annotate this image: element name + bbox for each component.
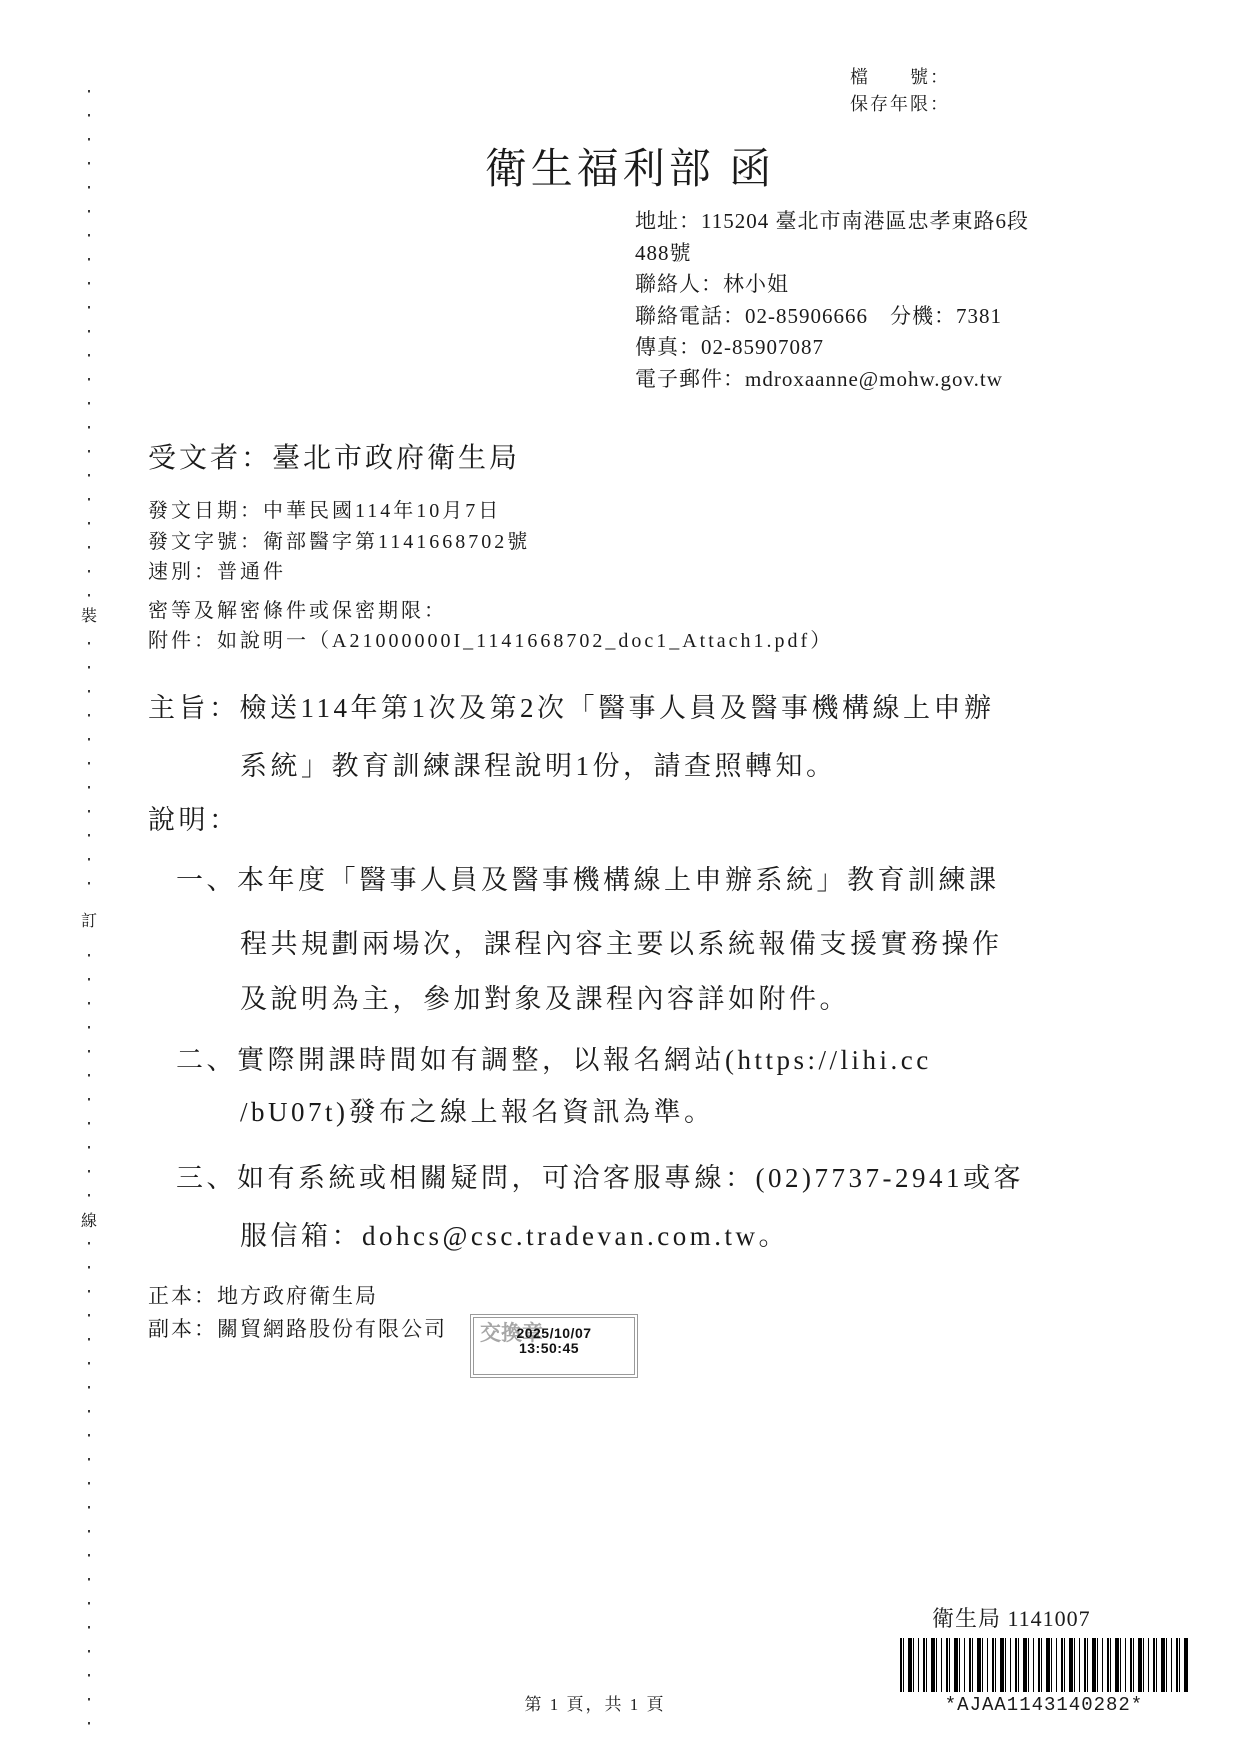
explanation-item2-line2: /bU07t)發布之線上報名資訊為準。	[240, 1090, 715, 1129]
archive-labels: 檔 號： 保存年限：	[850, 64, 950, 118]
sender-fax: 傳真：02-85907087	[635, 332, 1029, 364]
sender-phone: 聯絡電話：02-85906666 分機：7381	[635, 301, 1029, 333]
explanation-item1-line2: 程共規劃兩場次，課程內容主要以系統報備支援實務操作	[240, 922, 1003, 961]
stamp-date: 2025/10/07	[474, 1325, 634, 1341]
binding-mark-ding: 訂	[80, 903, 98, 936]
official-letter-page: { "header": { "file_no_label": "檔 號：", "…	[0, 0, 1241, 1754]
electronic-exchange-stamp: 交換章 2025/10/07 13:50:45	[470, 1314, 638, 1378]
agency-code: 衛生局 1141007	[932, 1602, 1091, 1633]
barcode	[900, 1638, 1188, 1692]
explanation-item3-line2: 服信箱：dohcs@csc.tradevan.com.tw。	[240, 1214, 789, 1253]
document-title: 衛生福利部 函	[350, 136, 910, 196]
file-number-label: 檔 號：	[850, 64, 950, 91]
subject-line1: 主旨：檢送114年第1次及第2次「醫事人員及醫事機構線上申辦	[148, 686, 995, 725]
dispatch-meta-block: 發文日期：中華民國114年10月7日 發文字號：衛部醫字第1141668702號…	[148, 496, 833, 657]
original-copy-line: 正本：地方政府衛生局	[148, 1280, 447, 1313]
explanation-item1-line3: 及說明為主，參加對象及課程內容詳如附件。	[240, 977, 850, 1016]
speed-class: 速別：普通件	[148, 557, 833, 588]
subject-line2: 系統」教育訓練課程說明1份，請查照轉知。	[240, 744, 837, 783]
sender-address-line1: 地址：115204 臺北市南港區忠孝東路6段	[635, 206, 1029, 238]
binding-mark-zhuang: 裝	[80, 598, 98, 631]
cc-copy-line: 副本：關貿網路股份有限公司	[148, 1313, 447, 1346]
sender-address-line2: 488號	[635, 238, 1029, 270]
dispatch-date: 發文日期：中華民國114年10月7日	[148, 496, 833, 527]
binding-mark-xian: 線	[80, 1203, 98, 1236]
explanation-heading: 說明：	[148, 798, 240, 837]
sender-contact-block: 地址：115204 臺北市南港區忠孝東路6段 488號 聯絡人：林小姐 聯絡電話…	[635, 206, 1029, 395]
dispatch-number: 發文字號：衛部醫字第1141668702號	[148, 527, 833, 558]
stamp-time: 13:50:45	[464, 1340, 634, 1356]
attachment-line: 附件：如說明一（A21000000I_1141668702_doc1_Attac…	[148, 626, 833, 657]
sender-email: 電子郵件：mdroxaanne@mohw.gov.tw	[635, 364, 1029, 396]
recipient-line: 受文者：臺北市政府衛生局	[148, 436, 520, 476]
explanation-item2-line1: 二、實際開課時間如有調整，以報名網站(https://lihi.cc	[176, 1038, 932, 1077]
page-number-footer: 第 1 頁，共 1 頁	[505, 1690, 685, 1715]
retention-period-label: 保存年限：	[850, 91, 950, 118]
explanation-item1-line1: 一、本年度「醫事人員及醫事機構線上申辦系統」教育訓練課	[176, 858, 1000, 897]
security-class: 密等及解密條件或保密期限：	[148, 596, 833, 627]
copies-block: 正本：地方政府衛生局 副本：關貿網路股份有限公司	[148, 1280, 447, 1346]
explanation-item3-line1: 三、如有系統或相關疑問，可洽客服專線：(02)7737-2941或客	[176, 1156, 1024, 1195]
sender-contact-person: 聯絡人：林小姐	[635, 269, 1029, 301]
barcode-text: *AJAA1143140282*	[898, 1694, 1190, 1716]
